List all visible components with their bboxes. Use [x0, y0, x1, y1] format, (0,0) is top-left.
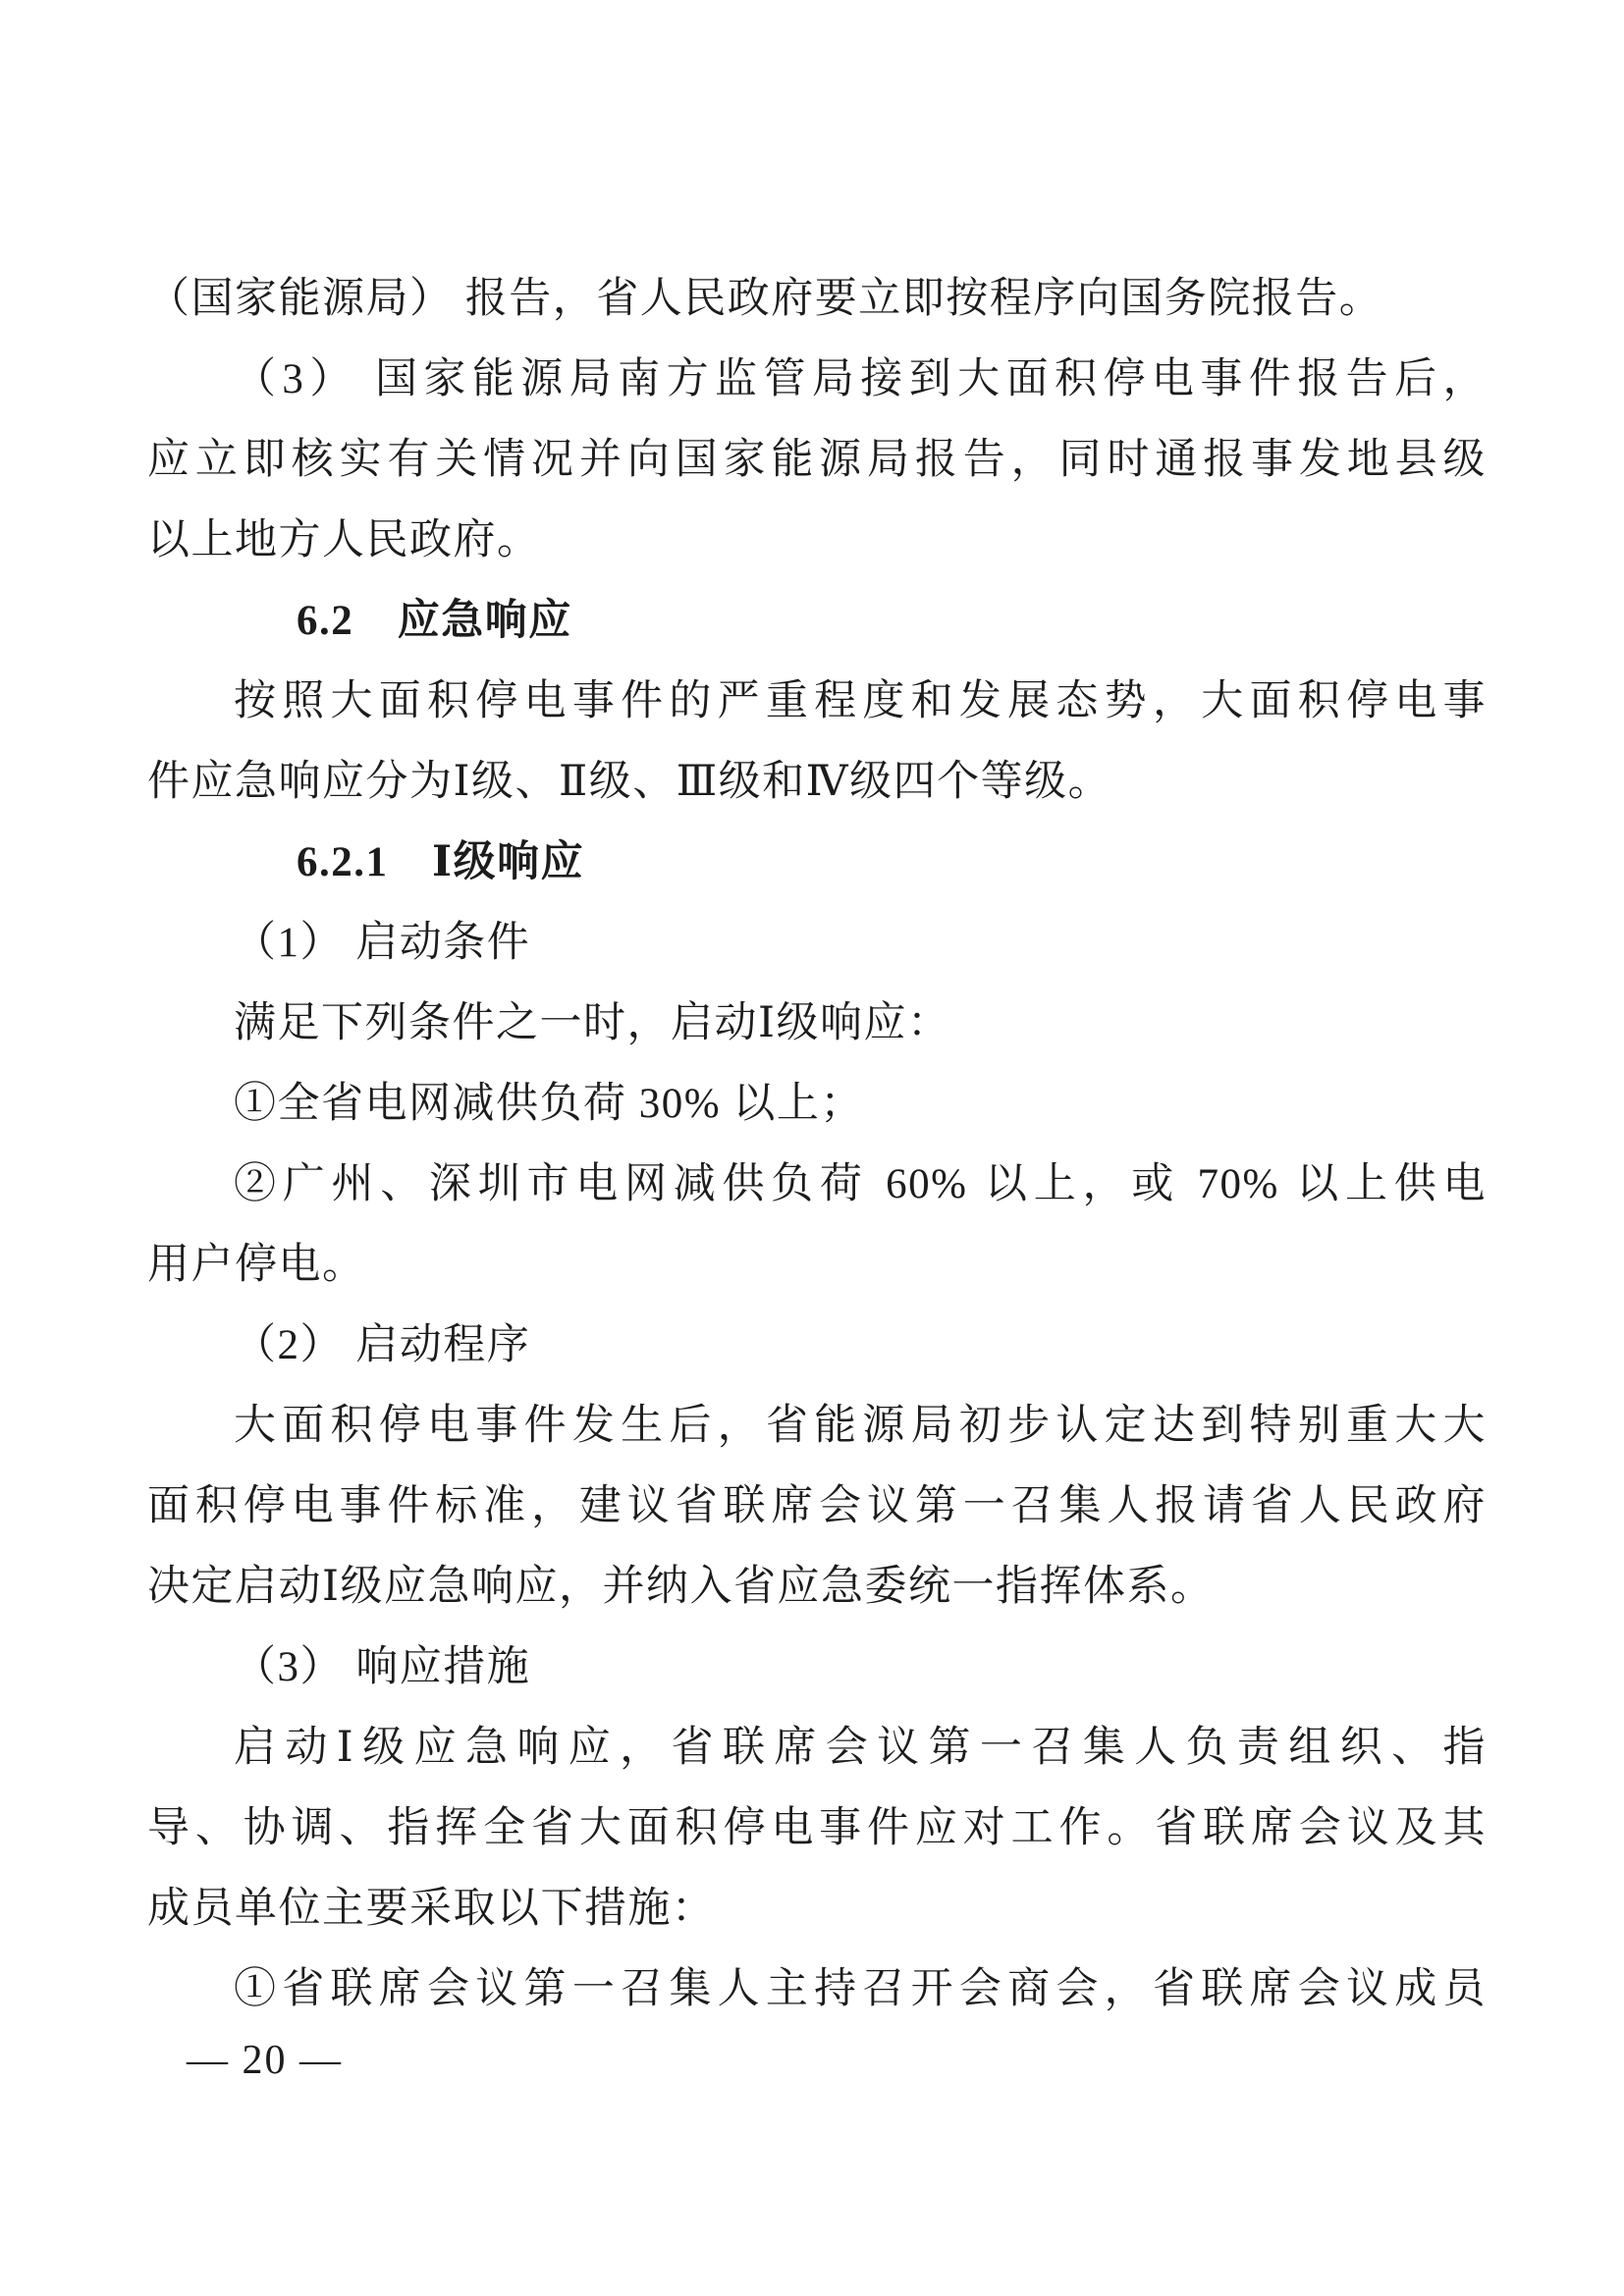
text-line: （3） 响应措施 — [147, 1628, 1487, 1708]
text-line: （国家能源局） 报告，省人民政府要立即按程序向国务院报告。 — [147, 259, 1487, 340]
text-line: 件应急响应分为Ⅰ级、Ⅱ级、Ⅲ级和Ⅳ级四个等级。 — [147, 742, 1487, 823]
text-line: 成员单位主要采取以下措施： — [147, 1869, 1487, 1949]
text-line: 启动Ⅰ级应急响应，省联席会议第一召集人负责组织、指 — [147, 1708, 1487, 1789]
text-line: 应立即核实有关情况并向国家能源局报告，同时通报事发地县级 — [147, 420, 1487, 501]
text-line: ①省联席会议第一召集人主持召开会商会，省联席会议成员 — [147, 1949, 1487, 2030]
text-line: 以上地方人民政府。 — [147, 501, 1487, 581]
text-line: 大面积停电事件发生后，省能源局初步认定达到特别重大大 — [147, 1386, 1487, 1467]
text-line: 用户停电。 — [147, 1225, 1487, 1306]
text-line: ②广州、深圳市电网减供负荷 60% 以上，或 70% 以上供电 — [147, 1145, 1487, 1225]
text-line: 导、协调、指挥全省大面积停电事件应对工作。省联席会议及其 — [147, 1789, 1487, 1869]
text-line: （3） 国家能源局南方监管局接到大面积停电事件报告后， — [147, 340, 1487, 420]
body-text: （国家能源局） 报告，省人民政府要立即按程序向国务院报告。（3） 国家能源局南方… — [147, 259, 1487, 2030]
text-line: 6.2 应急响应 — [147, 581, 1487, 662]
page-number: — 20 — — [187, 2038, 343, 2083]
text-line: 决定启动Ⅰ级应急响应，并纳入省应急委统一指挥体系。 — [147, 1547, 1487, 1628]
document-page: （国家能源局） 报告，省人民政府要立即按程序向国务院报告。（3） 国家能源局南方… — [0, 0, 1624, 2296]
text-line: 面积停电事件标准，建议省联席会议第一召集人报请省人民政府 — [147, 1467, 1487, 1547]
text-line: 按照大面积停电事件的严重程度和发展态势，大面积停电事 — [147, 662, 1487, 742]
text-line: ①全省电网减供负荷 30% 以上； — [147, 1064, 1487, 1145]
text-line: 6.2.1 Ⅰ级响应 — [147, 823, 1487, 903]
text-line: 满足下列条件之一时，启动Ⅰ级响应： — [147, 984, 1487, 1064]
text-line: （2） 启动程序 — [147, 1306, 1487, 1386]
text-line: （1） 启动条件 — [147, 903, 1487, 984]
